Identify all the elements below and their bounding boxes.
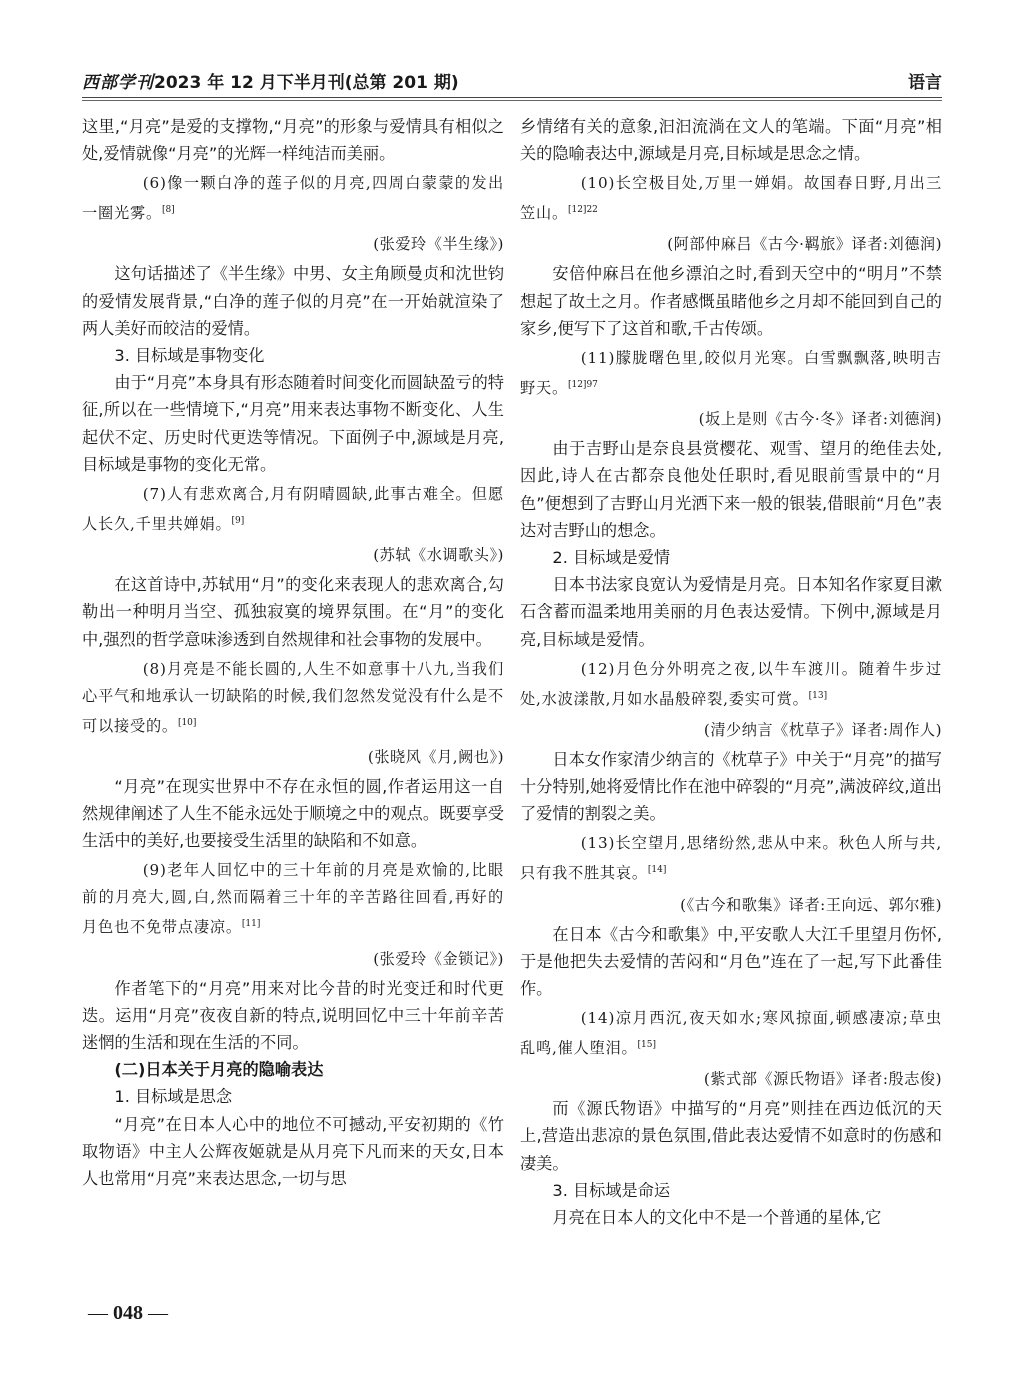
paragraph: “月亮”在现实世界中不存在永恒的圆,作者运用这一自然规律阐述了人生不能永远处于顺…	[82, 773, 504, 855]
paragraph: 而《源氏物语》中描写的“月亮”则挂在西边低沉的天上,营造出悲凉的景色氛围,借此表…	[520, 1095, 942, 1177]
paragraph: 由于“月亮”本身具有形态随着时间变化而圆缺盈亏的特征,所以在一些情境下,“月亮”…	[82, 369, 504, 478]
subsection-heading: 3. 目标域是命运	[520, 1177, 942, 1204]
paragraph: 由于吉野山是奈良县赏樱花、观雪、望月的绝佳去处,因此,诗人在古都奈良他处任职时,…	[520, 435, 942, 544]
example-quote-14: (14)凉月西沉,夜天如水;寒风掠面,顿感凄凉;草虫乱鸣,催人堕泪。[15]	[520, 1005, 942, 1062]
citation-ref: [12]97	[568, 380, 598, 390]
citation-ref: [14]	[648, 865, 666, 875]
paragraph: 在这首诗中,苏轼用“月”的变化来表现人的悲欢离合,勾勒出一种明月当空、孤独寂寞的…	[82, 571, 504, 653]
quote-source: (紫式部《源氏物语》译者:殷志俊)	[520, 1066, 942, 1092]
example-quote-13: (13)长空望月,思绪纷然,悲从中来。秋色人所与共,只有我不胜其哀。[14]	[520, 830, 942, 887]
paragraph: 安倍仲麻吕在他乡漂泊之时,看到天空中的“明月”不禁想起了故土之月。作者感慨虽睹他…	[520, 260, 942, 342]
paragraph: 日本书法家良宽认为爱情是月亮。日本知名作家夏目漱石含蓄而温柔地用美丽的月色表达爱…	[520, 571, 942, 653]
right-column: 乡情绪有关的意象,汩汩流淌在文人的笔端。下面“月亮”相关的隐喻表达中,源域是月亮…	[520, 113, 942, 1231]
citation-ref: [12]22	[568, 205, 598, 215]
paragraph: 乡情绪有关的意象,汩汩流淌在文人的笔端。下面“月亮”相关的隐喻表达中,源域是月亮…	[520, 113, 942, 167]
paragraph: 作者笔下的“月亮”用来对比今昔的时光变迁和时代更迭。运用“月亮”夜夜自新的特点,…	[82, 975, 504, 1057]
section-tag: 语言	[908, 68, 942, 93]
citation-ref: [10]	[178, 718, 196, 728]
quote-source: (清少纳言《枕草子》译者:周作人)	[520, 717, 942, 743]
example-quote-11: (11)朦胧曙色里,皎似月光寒。白雪飘飘落,映明吉野天。[12]97	[520, 345, 942, 402]
header-rule-thick	[82, 97, 942, 98]
quote-text: (9)老年人回忆中的三十年前的月亮是欢愉的,比眼前的月亮大,圆,白,然而隔着三十…	[82, 861, 504, 936]
citation-ref: [9]	[232, 516, 245, 526]
journal-logo: 西部学刊	[82, 73, 154, 93]
quote-source: (阿部仲麻吕《古今·羁旅》译者:刘德润)	[520, 231, 942, 257]
paragraph: 在日本《古今和歌集》中,平安歌人大江千里望月伤怀,于是他把失去爱情的苦闷和“月色…	[520, 921, 942, 1003]
paragraph: “月亮”在日本人心中的地位不可撼动,平安初期的《竹取物语》中主人公辉夜姬就是从月…	[82, 1111, 504, 1193]
quote-source: (坂上是则《古今·冬》译者:刘德润)	[520, 406, 942, 432]
paragraph: 这句话描述了《半生缘》中男、女主角顾曼贞和沈世钧的爱情发展背景,“白净的莲子似的…	[82, 260, 504, 342]
quote-source: (《古今和歌集》译者:王向远、郭尔雅)	[520, 892, 942, 918]
example-quote-8: (8)月亮是不能长圆的,人生不如意事十八九,当我们心平气和地承认一切缺陷的时候,…	[82, 656, 504, 740]
footer-dash-left: —	[88, 1302, 108, 1324]
quote-text: (8)月亮是不能长圆的,人生不如意事十八九,当我们心平气和地承认一切缺陷的时候,…	[82, 660, 504, 735]
running-header: 西部学刊2023 年 12 月下半月刊(总第 201 期) 语言	[82, 68, 942, 96]
quote-source: (苏轼《水调歌头》)	[82, 542, 504, 568]
quote-text: (12)月色分外明亮之夜,以牛车渡川。随着牛步过处,水波漾散,月如水晶般碎裂,委…	[520, 660, 942, 708]
citation-ref: [11]	[242, 919, 260, 929]
section-heading: (二)日本关于月亮的隐喻表达	[82, 1056, 504, 1083]
page-footer: — 048 —	[88, 1302, 168, 1325]
footer-dash-right: —	[148, 1302, 168, 1324]
example-quote-10: (10)长空极目处,万里一婵娟。故国春日野,月出三笠山。[12]22	[520, 170, 942, 227]
quote-text: (13)长空望月,思绪纷然,悲从中来。秋色人所与共,只有我不胜其哀。	[520, 834, 942, 882]
subsection-heading: 2. 目标域是爱情	[520, 544, 942, 571]
quote-source: (张爱玲《半生缘》)	[82, 231, 504, 257]
paragraph: 月亮在日本人的文化中不是一个普通的星体,它	[520, 1204, 942, 1231]
quote-text: (7)人有悲欢离合,月有阴晴圆缺,此事古难全。但愿人长久,千里共婵娟。	[82, 485, 504, 533]
citation-ref: [15]	[638, 1040, 656, 1050]
citation-ref: [13]	[809, 691, 827, 701]
example-quote-7: (7)人有悲欢离合,月有阴晴圆缺,此事古难全。但愿人长久,千里共婵娟。[9]	[82, 481, 504, 538]
issue-info: 2023 年 12 月下半月刊(总第 201 期)	[154, 73, 459, 93]
example-quote-9: (9)老年人回忆中的三十年前的月亮是欢愉的,比眼前的月亮大,圆,白,然而隔着三十…	[82, 857, 504, 941]
quote-source: (张晓风《月,阙也》)	[82, 744, 504, 770]
header-rule-thin	[82, 100, 942, 101]
paragraph: 这里,“月亮”是爱的支撑物,“月亮”的形象与爱情具有相似之处,爱情就像“月亮”的…	[82, 113, 504, 167]
journal-title: 西部学刊2023 年 12 月下半月刊(总第 201 期)	[82, 68, 459, 93]
citation-ref: [8]	[162, 205, 175, 215]
example-quote-12: (12)月色分外明亮之夜,以牛车渡川。随着牛步过处,水波漾散,月如水晶般碎裂,委…	[520, 656, 942, 713]
subsection-heading: 1. 目标域是思念	[82, 1083, 504, 1110]
quote-text: (6)像一颗白净的莲子似的月亮,四周白蒙蒙的发出一圈光雾。	[82, 174, 504, 222]
example-quote-6: (6)像一颗白净的莲子似的月亮,四周白蒙蒙的发出一圈光雾。[8]	[82, 170, 504, 227]
paragraph: 日本女作家清少纳言的《枕草子》中关于“月亮”的描写十分特别,她将爱情比作在池中碎…	[520, 746, 942, 828]
quote-source: (张爱玲《金锁记》)	[82, 946, 504, 972]
page-number: 048	[113, 1302, 143, 1324]
quote-text: (14)凉月西沉,夜天如水;寒风掠面,顿感凄凉;草虫乱鸣,催人堕泪。	[520, 1009, 942, 1057]
subsection-heading: 3. 目标域是事物变化	[82, 342, 504, 369]
left-column: 这里,“月亮”是爱的支撑物,“月亮”的形象与爱情具有相似之处,爱情就像“月亮”的…	[82, 113, 504, 1192]
